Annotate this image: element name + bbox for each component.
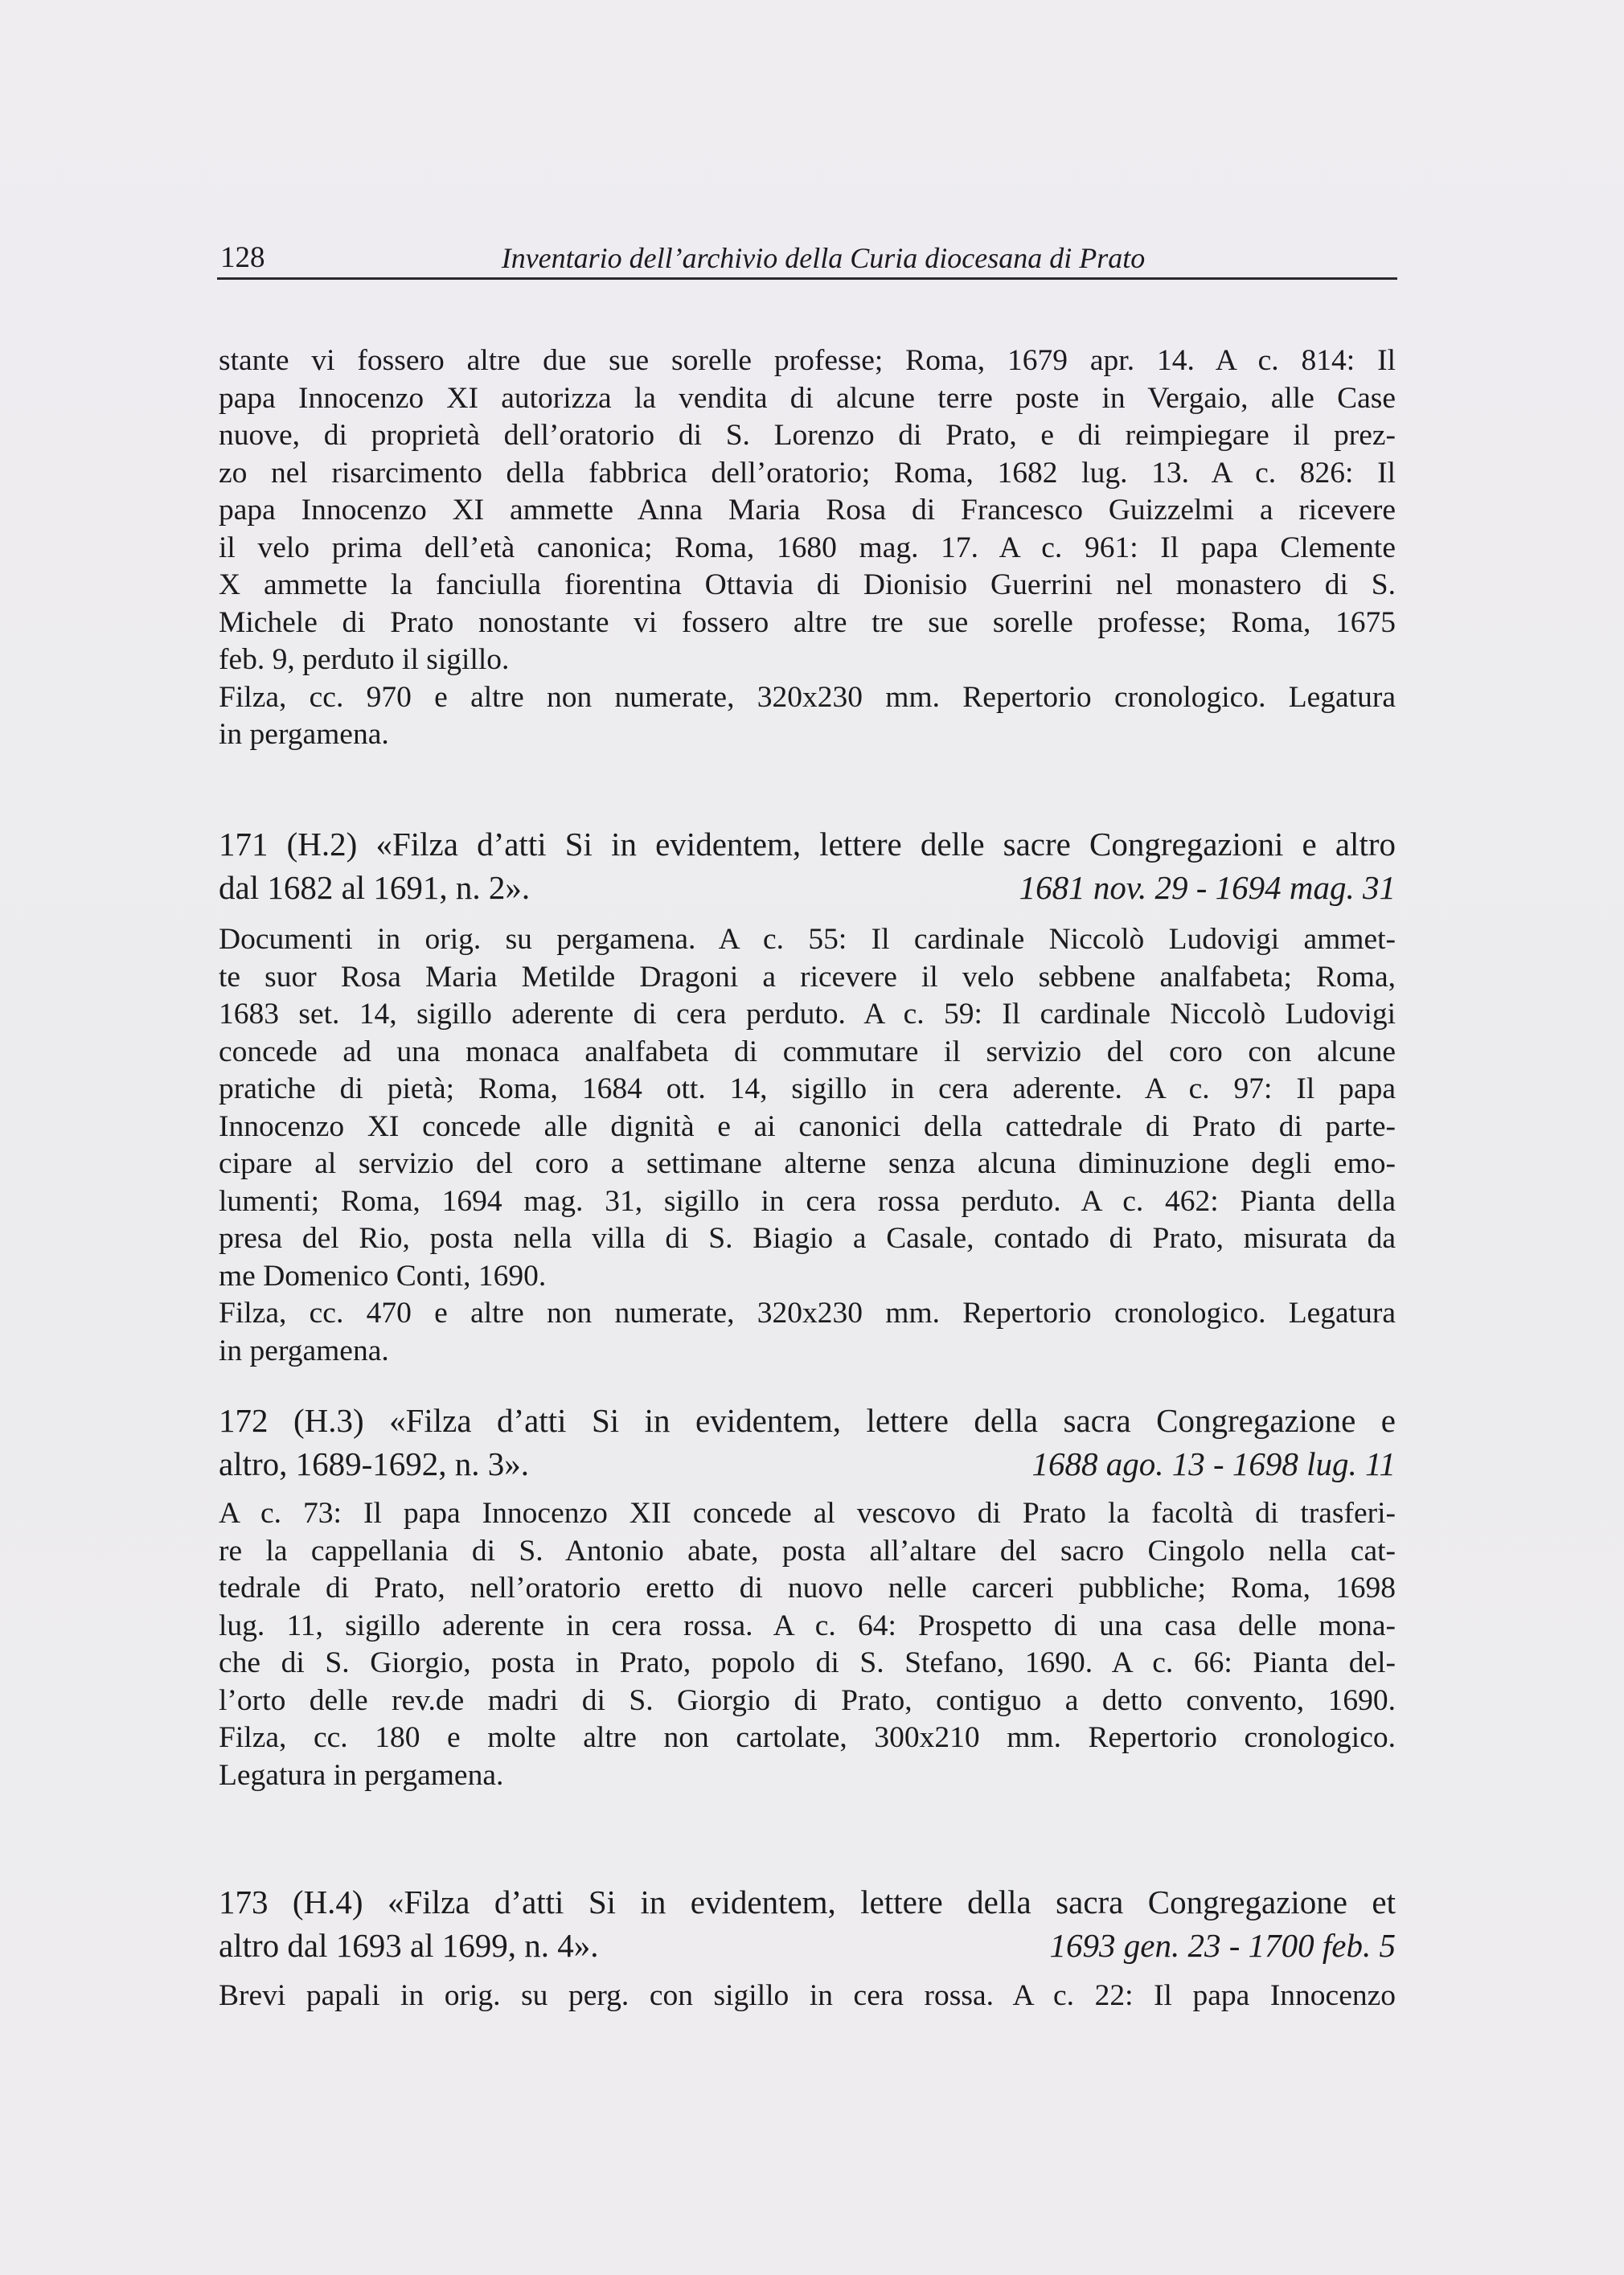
- text-line: che di S. Giorgio, posta in Prato, popol…: [219, 1645, 1396, 1683]
- entry-title-line: 171 (H.2) «Filza d’atti Si in evidentem,…: [219, 822, 1396, 866]
- text-line: lumenti; Roma, 1694 mag. 31, sigillo in …: [219, 1183, 1396, 1221]
- physical-description-line: Filza, cc. 180 e molte altre non cartola…: [219, 1720, 1396, 1757]
- text-line: Michele di Prato nonostante vi fossero a…: [219, 605, 1396, 642]
- entry-title-line: altro, 1689-1692, n. 3».: [219, 1442, 529, 1486]
- text-line: cipare al servizio del coro a settimane …: [219, 1146, 1396, 1183]
- text-line: lug. 11, sigillo aderente in cera rossa.…: [219, 1608, 1396, 1646]
- text-line: nuove, di proprietà dell’oratorio di S. …: [219, 417, 1396, 455]
- text-line: Documenti in orig. su pergamena. A c. 55…: [219, 921, 1396, 959]
- entry-title-row: altro dal 1693 al 1699, n. 4». 1693 gen.…: [219, 1924, 1396, 1967]
- text-line: tedrale di Prato, nell’oratorio eretto d…: [219, 1570, 1396, 1608]
- text-line: A c. 73: Il papa Innocenzo XII concede a…: [219, 1495, 1396, 1533]
- page-header: 128 Inventario dell’archivio della Curia…: [217, 239, 1397, 277]
- text-line: 1683 set. 14, sigillo aderente di cera p…: [219, 996, 1396, 1034]
- text-line: feb. 9, perduto il sigillo.: [219, 642, 1396, 679]
- entry-heading-173: 173 (H.4) «Filza d’atti Si in evidentem,…: [219, 1880, 1396, 1967]
- text-line: il velo prima dell’età canonica; Roma, 1…: [219, 530, 1396, 568]
- text-line: Brevi papali in orig. su perg. con sigil…: [219, 1978, 1396, 2015]
- entry-description-172: A c. 73: Il papa Innocenzo XII concede a…: [219, 1495, 1396, 1794]
- entry-date-range: 1688 ago. 13 - 1698 lug. 11: [1031, 1442, 1396, 1486]
- text-line: pratiche di pietà; Roma, 1684 ott. 14, s…: [219, 1071, 1396, 1109]
- entry-description-171: Documenti in orig. su pergamena. A c. 55…: [219, 921, 1396, 1370]
- text-line: papa Innocenzo XI ammette Anna Maria Ros…: [219, 492, 1396, 530]
- text-line: presa del Rio, posta nella villa di S. B…: [219, 1220, 1396, 1258]
- text-line: papa Innocenzo XI autorizza la vendita d…: [219, 380, 1396, 418]
- text-line: X ammette la fanciulla fiorentina Ottavi…: [219, 567, 1396, 605]
- entry-title-line: dal 1682 al 1691, n. 2».: [219, 866, 530, 909]
- entry-title-row: altro, 1689-1692, n. 3». 1688 ago. 13 - …: [219, 1442, 1396, 1486]
- running-title: Inventario dell’archivio della Curia dio…: [217, 239, 1397, 277]
- entry-title-line: 173 (H.4) «Filza d’atti Si in evidentem,…: [219, 1880, 1396, 1924]
- text-line: l’orto delle rev.de madri di S. Giorgio …: [219, 1683, 1396, 1720]
- text-line: me Domenico Conti, 1690.: [219, 1258, 1396, 1296]
- entry-title-line: 172 (H.3) «Filza d’atti Si in evidentem,…: [219, 1399, 1396, 1442]
- text-line: te suor Rosa Maria Metilde Dragoni a ric…: [219, 959, 1396, 997]
- physical-description-line: in pergamena.: [219, 1333, 1396, 1371]
- continuation-text: stante vi fossero altre due sue sorelle …: [219, 342, 1396, 754]
- physical-description-line: Filza, cc. 970 e altre non numerate, 320…: [219, 679, 1396, 717]
- entry-date-range: 1693 gen. 23 - 1700 feb. 5: [1050, 1924, 1396, 1967]
- entry-title-line: altro dal 1693 al 1699, n. 4».: [219, 1924, 599, 1967]
- text-line: re la cappellania di S. Antonio abate, p…: [219, 1533, 1396, 1571]
- entry-date-range: 1681 nov. 29 - 1694 mag. 31: [1019, 866, 1396, 909]
- entry-heading-171: 171 (H.2) «Filza d’atti Si in evidentem,…: [219, 822, 1396, 909]
- text-line: concede ad una monaca analfabeta di comm…: [219, 1034, 1396, 1072]
- header-rule: [217, 277, 1397, 280]
- document-page: 128 Inventario dell’archivio della Curia…: [0, 0, 1624, 2275]
- entry-description-173: Brevi papali in orig. su perg. con sigil…: [219, 1978, 1396, 2015]
- text-line: stante vi fossero altre due sue sorelle …: [219, 342, 1396, 380]
- physical-description-line: Legatura in pergamena.: [219, 1757, 1396, 1795]
- text-line: zo nel risarcimento della fabbrica dell’…: [219, 455, 1396, 493]
- entry-title-row: dal 1682 al 1691, n. 2». 1681 nov. 29 - …: [219, 866, 1396, 909]
- physical-description-line: Filza, cc. 470 e altre non numerate, 320…: [219, 1295, 1396, 1333]
- entry-heading-172: 172 (H.3) «Filza d’atti Si in evidentem,…: [219, 1399, 1396, 1486]
- text-line: Innocenzo XI concede alle dignità e ai c…: [219, 1109, 1396, 1146]
- physical-description-line: in pergamena.: [219, 716, 1396, 754]
